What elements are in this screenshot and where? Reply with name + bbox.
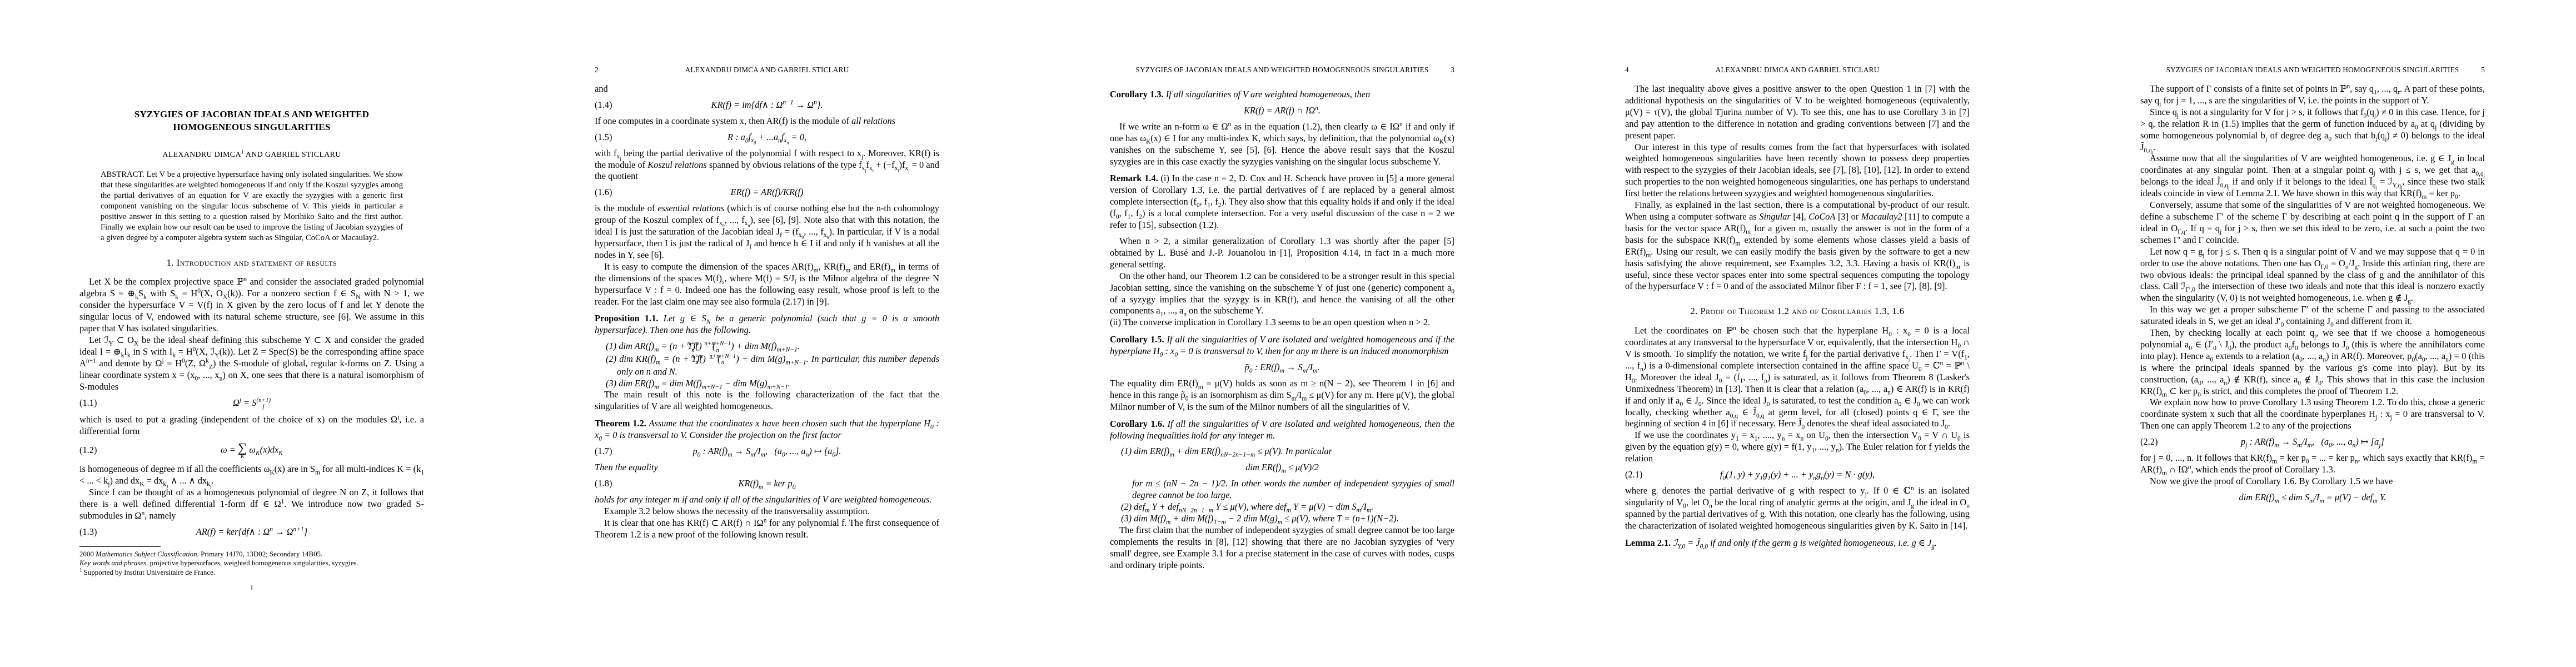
equation-number: (1.2) (79, 445, 108, 456)
header-page-number-right: 5 (2468, 66, 2485, 74)
paragraph: If we write an n-form ω ∈ Ωn as in the e… (1110, 121, 1454, 168)
display-equation: (2.1)f0(1, y) + y1g1(y) + ... + yngn(y) … (1625, 469, 1970, 481)
paragraph: In this way we get a proper subscheme Γ′… (2140, 304, 2485, 327)
theorem-label: Corollary 1.5. (1110, 334, 1164, 345)
equation-number: (1.5) (595, 132, 624, 143)
equation-math: p̃0 : ER(f)m → Sm/Im. (1139, 362, 1454, 374)
running-header: SYZYGIES OF JACOBIAN IDEALS AND WEIGHTED… (1110, 66, 1454, 74)
paragraph: Conversely, assume that some of the sing… (2140, 200, 2485, 246)
page-2: 2ALEXANDRU DIMCA AND GABRIEL STICLARUand… (515, 0, 1030, 667)
page-body: The support of Γ consists of a finite se… (2140, 83, 2485, 508)
display-equation: (1.6)ER(f) = AR(f)/KR(f) (595, 187, 939, 198)
page-4: 4ALEXANDRU DIMCA AND GABRIEL STICLARUThe… (1546, 0, 2061, 667)
equation-math: R : a0fx0 + ...anfxn = 0, (624, 132, 939, 143)
list-item: (1) dim AR(f)m = (n + 1)(n+mn) − (n+m+N−… (595, 341, 939, 354)
header-page-number-left: 2 (595, 66, 611, 74)
section-heading: 1. Introduction and statement of results (79, 257, 424, 269)
theorem-label: Remark 1.4. (1110, 173, 1158, 183)
paragraph: Assume now that all the singularities of… (2140, 153, 2485, 200)
paragraph: It is easy to compute the dimension of t… (595, 261, 939, 308)
paragraph: We explain now how to prove Corollary 1.… (2140, 397, 2485, 432)
header-page-number-left: 4 (1625, 66, 1642, 74)
header-page-number-right (1953, 66, 1970, 74)
display-equation: (1.2)ω = ∑K ωK(x)dxK (79, 442, 424, 459)
paper-authors: ALEXANDRU DIMCA1 AND GABRIEL STICLARU (79, 149, 424, 161)
paragraph: is the module of essential relations (wh… (595, 203, 939, 261)
equation-number: (1.6) (595, 187, 624, 198)
display-equation: p̃0 : ER(f)m → Sm/Im. (1110, 362, 1454, 374)
section-heading: 2. Proof of Theorem 1.2 and of Corollari… (1625, 306, 1970, 317)
list-item-continuation: for m ≤ (nN − 2n − 1)/2. In other words … (1110, 478, 1454, 501)
footer-page-number: 1 (79, 583, 424, 594)
theorem-label: Theorem 1.2. (595, 418, 646, 429)
equation-number: (1.8) (595, 478, 624, 490)
abstract: ABSTRACT. Let V be a projective hypersur… (101, 170, 403, 244)
header-page-number-left (1110, 66, 1127, 74)
theorem-label: Corollary 1.6. (1110, 419, 1164, 429)
paragraph: Example 3.2 below shows the necessity of… (595, 506, 939, 517)
theorem-label: Corollary 1.3. (1110, 89, 1164, 99)
page-body: Corollary 1.3. If all singularities of V… (1110, 83, 1454, 571)
equation-math: f0(1, y) + y1g1(y) + ... + yngn(y) = N ·… (1654, 469, 1970, 481)
theorem-continuation: holds for any integer m if and only if a… (595, 494, 939, 506)
display-equation: KR(f) = AR(f) ∩ IΩn. (1110, 105, 1454, 117)
paragraph: If we use the coordinates y1 = x1, ....,… (1625, 430, 1970, 465)
list-item: (2) dim KR(f)m = (n + 1)(n+mn) − (n+m+N−… (595, 354, 939, 378)
paragraph: On the other hand, our Theorem 1.2 can b… (1110, 271, 1454, 317)
list-item: (1) dim ER(f)m + dim ER(f)nN−2n−1−m ≤ μ(… (1110, 446, 1454, 457)
paragraph: Let ℐY ⊂ OX be the ideal sheaf defining … (79, 335, 424, 393)
paragraph: which is used to put a grading (independ… (79, 414, 424, 437)
display-equation: (1.1)Ωj = S(n+1j) (79, 397, 424, 410)
paragraph: Finally, as explained in the last sectio… (1625, 200, 1970, 292)
header-running-title: ALEXANDRU DIMCA AND GABRIEL STICLARU (1642, 66, 1953, 74)
header-page-number-right (923, 66, 939, 74)
paragraph: with fxj being the partial derivative of… (595, 148, 939, 183)
paragraph: The first claim that the number of indep… (1110, 525, 1454, 571)
equation-number: (1.1) (79, 397, 108, 409)
paragraph: If one computes in a coordinate system x… (595, 116, 939, 127)
header-page-number-left (2140, 66, 2157, 74)
equation-math: KR(f)m = ker p0 (624, 478, 939, 490)
theorem-continuation: Then the equality (595, 462, 939, 474)
header-running-title: SYZYGIES OF JACOBIAN IDEALS AND WEIGHTED… (1127, 66, 1438, 74)
equation-number: (1.3) (79, 526, 108, 538)
document-canvas: arXiv:1407.0168v2 [math.AG] 9 Jul 2014 S… (0, 0, 2576, 667)
footnote-line: 2000 Mathematics Subject Classification.… (79, 550, 424, 559)
paragraph: Since f can be thought of as a homogeneo… (79, 487, 424, 522)
display-equation: (1.7)p0 : AR(f)m → Sm/Im, (a0, ..., an) … (595, 446, 939, 457)
theorem-block: Remark 1.4. (i) In the case n = 2, D. Co… (1110, 173, 1454, 231)
paragraph: Then, by checking locally at each point … (2140, 327, 2485, 397)
paragraph: Let the coordinates on ℙn be chosen such… (1625, 325, 1970, 430)
paragraph: The equality dim ER(f)m = μ(V) holds as … (1110, 378, 1454, 413)
page-3: SYZYGIES OF JACOBIAN IDEALS AND WEIGHTED… (1030, 0, 1546, 667)
paragraph: The main result of this note is the foll… (595, 389, 939, 412)
theorem-label: Lemma 2.1. (1625, 537, 1671, 548)
paragraph: When n > 2, a similar generalization of … (1110, 236, 1454, 271)
footnote-line: Key words and phrases. projective hypers… (79, 559, 424, 568)
page-5: SYZYGIES OF JACOBIAN IDEALS AND WEIGHTED… (2061, 0, 2576, 667)
equation-math: pj : AR(f)m → Sm/Im, (a0, ..., an) ↦ [aj… (2169, 436, 2485, 448)
running-header: 4ALEXANDRU DIMCA AND GABRIEL STICLARU (1625, 66, 1970, 74)
paragraph: for j = 0, ..., n. It follows that KR(f)… (2140, 452, 2485, 476)
header-page-number-right: 3 (1438, 66, 1454, 74)
paragraph: Let now q = gj for j ≤ s. Then q is a si… (2140, 246, 2485, 305)
page-1: SYZYGIES OF JACOBIAN IDEALS AND WEIGHTED… (0, 0, 515, 667)
equation-math: Ωj = S(n+1j) (108, 397, 424, 410)
paragraph: The support of Γ consists of a finite se… (2140, 83, 2485, 107)
page-body: The last inequality above gives a positi… (1625, 83, 1970, 554)
theorem-block: Corollary 1.5. If all the singularities … (1110, 334, 1454, 357)
list-item: (3) dim ER(f)m = dim M(f)m+N−1 − dim M(g… (595, 378, 939, 390)
page-body: SYZYGIES OF JACOBIAN IDEALS AND WEIGHTED… (79, 83, 424, 594)
theorem-block: Corollary 1.6. If all the singularities … (1110, 419, 1454, 442)
paragraph: Our interest in this type of results com… (1625, 142, 1970, 200)
display-equation: (1.4)KR(f) = im{df∧ : Ωn−1 → Ωn}. (595, 99, 939, 111)
equation-number: (2.1) (1625, 469, 1654, 481)
equation-number: (1.7) (595, 446, 624, 457)
equation-math: p0 : AR(f)m → Sm/Im, (a0, ..., an) ↦ [a0… (624, 446, 939, 457)
paper-title: SYZYGIES OF JACOBIAN IDEALS AND WEIGHTED… (114, 108, 390, 133)
theorem-label: Proposition 1.1. (595, 313, 659, 323)
running-header: SYZYGIES OF JACOBIAN IDEALS AND WEIGHTED… (2140, 66, 2485, 74)
footnotes: 2000 Mathematics Subject Classification.… (79, 546, 424, 578)
paragraph: Now we give the proof of Corollary 1.6. … (2140, 476, 2485, 487)
paragraph: is homogeneous of degree m if all the co… (79, 464, 424, 487)
theorem-block: Lemma 2.1. ℐY,0 = J̃0,0 if and only if t… (1625, 537, 1970, 549)
equation-math: KR(f) = AR(f) ∩ IΩn. (1139, 105, 1454, 117)
equation-math: AR(f) = ker{df∧ : Ωn → Ωn+1} (108, 526, 424, 538)
header-running-title: ALEXANDRU DIMCA AND GABRIEL STICLARU (611, 66, 923, 74)
running-header: 2ALEXANDRU DIMCA AND GABRIEL STICLARU (595, 66, 939, 74)
header-running-title: SYZYGIES OF JACOBIAN IDEALS AND WEIGHTED… (2157, 66, 2468, 74)
paragraph: It is clear that one has KR(f) ⊂ AR(f) ∩… (595, 517, 939, 541)
theorem-block: Proposition 1.1. Let g ∈ SN be a generic… (595, 313, 939, 336)
theorem-block: Theorem 1.2. Assume that the coordinates… (595, 418, 939, 441)
display-equation: (1.5)R : a0fx0 + ...anfxn = 0, (595, 132, 939, 143)
paragraph: Let X be the complex projective space ℙn… (79, 276, 424, 335)
paragraph: The last inequality above gives a positi… (1625, 83, 1970, 142)
paragraph: and (595, 83, 939, 95)
equation-number: (1.4) (595, 99, 624, 111)
footnote-line: 1 Supported by Institut Universitaire de… (79, 568, 424, 578)
page-body: and(1.4)KR(f) = im{df∧ : Ωn−1 → Ωn}.If o… (595, 83, 939, 540)
theorem-block: Corollary 1.3. If all singularities of V… (1110, 89, 1454, 101)
display-equation: dim ER(f)m ≤ dim Sm/Im = μ(V) − defm Y. (2140, 492, 2485, 504)
equation-math: ER(f) = AR(f)/KR(f) (624, 187, 939, 198)
equation-math: dim ER(f)m ≤ μ(V)/2 (1139, 462, 1454, 474)
paragraph: (ii) The converse implication in Corolla… (1110, 317, 1454, 328)
equation-math: dim ER(f)m ≤ dim Sm/Im = μ(V) − defm Y. (2169, 492, 2485, 504)
equation-math: KR(f) = im{df∧ : Ωn−1 → Ωn}. (624, 99, 939, 111)
paragraph: Since qj is not a singularity for V for … (2140, 107, 2485, 153)
display-equation: (2.2)pj : AR(f)m → Sm/Im, (a0, ..., an) … (2140, 436, 2485, 448)
list-item: (3) dim M(f)m + dim M(f)T−m − 2 dim M(g)… (1110, 513, 1454, 525)
list-item: (2) defm Y + defnN−2n−1−m Y ≤ μ(V), wher… (1110, 501, 1454, 513)
equation-math: ω = ∑K ωK(x)dxK (108, 442, 424, 459)
display-equation: (1.3)AR(f) = ker{df∧ : Ωn → Ωn+1} (79, 526, 424, 538)
display-equation: (1.8)KR(f)m = ker p0 (595, 478, 939, 490)
footnote-rule (79, 546, 161, 547)
paragraph: where gj denotes the partial derivative … (1625, 485, 1970, 532)
display-equation: dim ER(f)m ≤ μ(V)/2 (1110, 462, 1454, 474)
equation-number: (2.2) (2140, 436, 2169, 448)
